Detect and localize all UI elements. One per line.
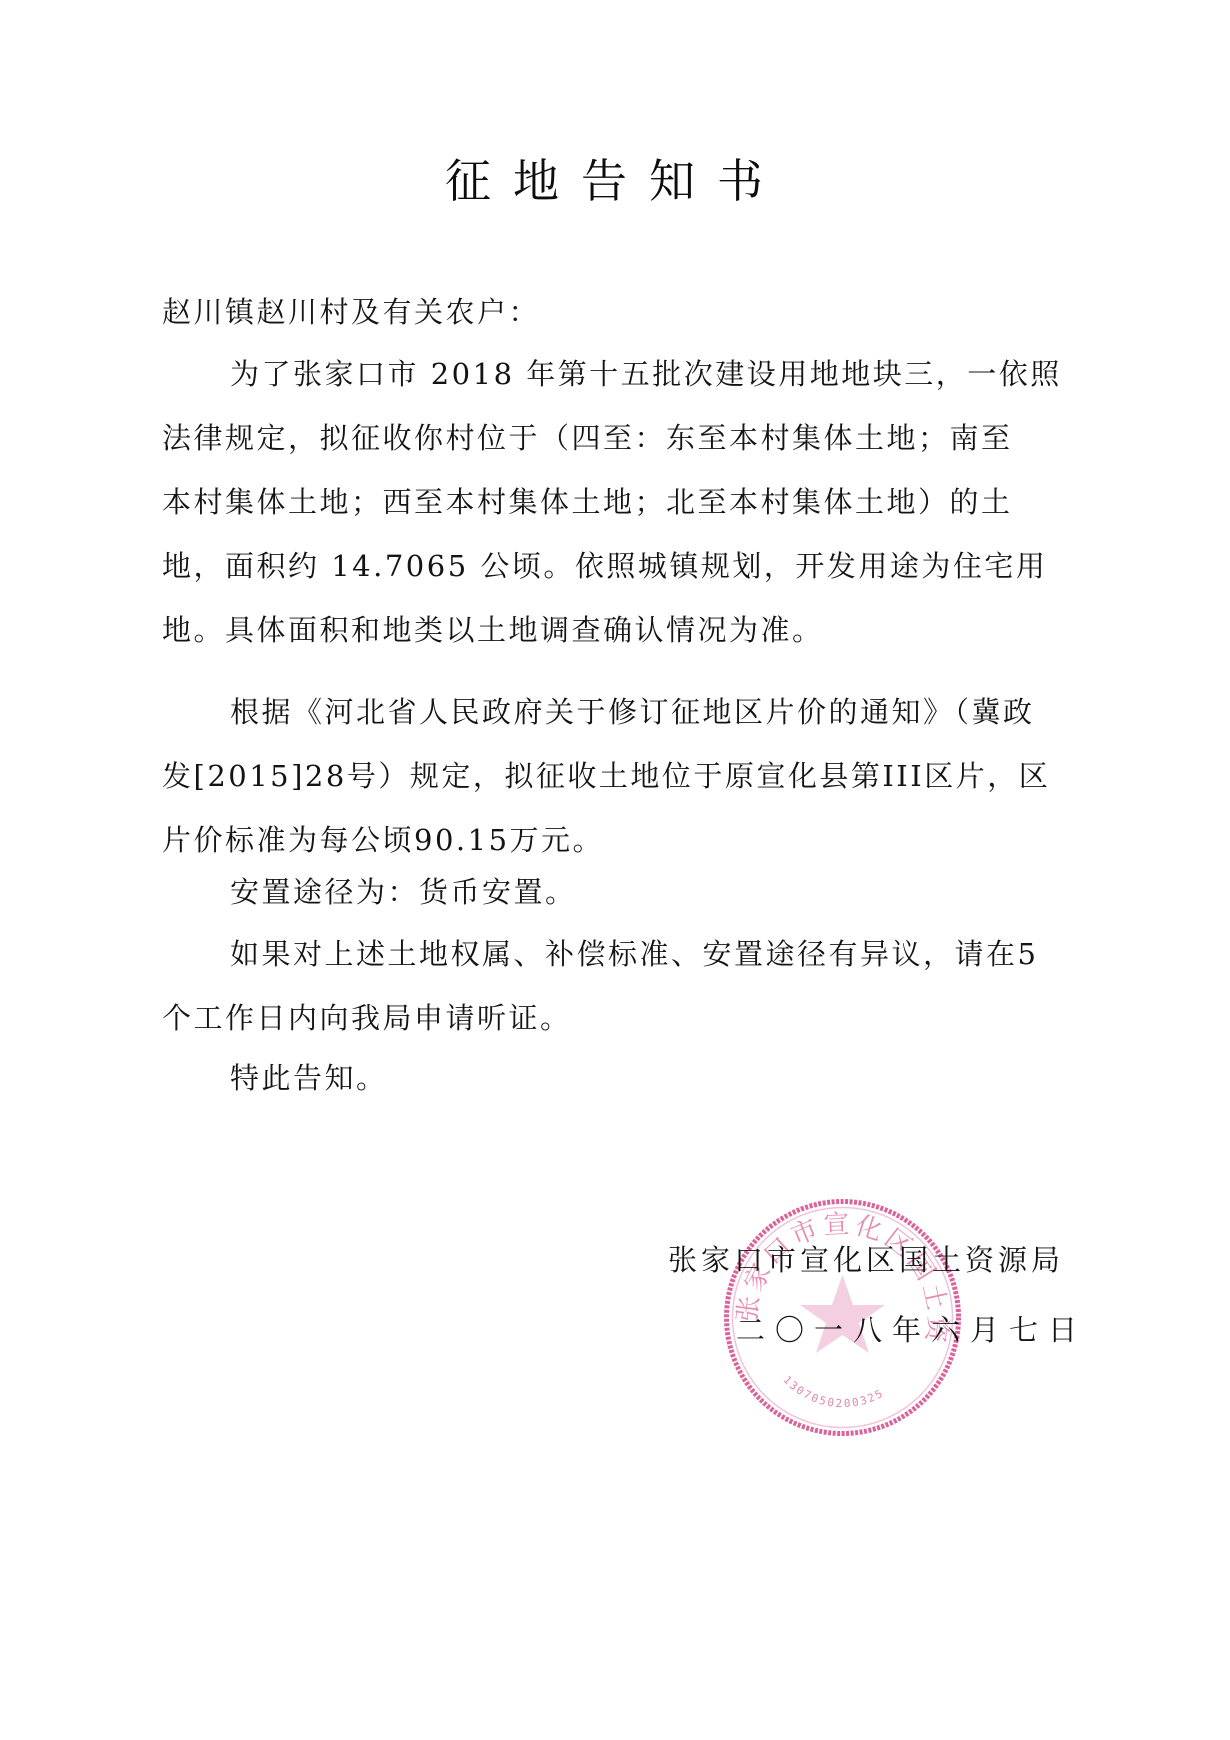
paragraph-line: 特此告知。 xyxy=(162,1046,1082,1110)
paragraph-line: 个工作日内向我局申请听证。 xyxy=(162,986,1082,1050)
paragraph-line: 法律规定，拟征收你村位于（四至：东至本村集体土地；南至 xyxy=(162,406,1082,470)
paragraph-hearing-notice: 如果对上述土地权属、补偿标准、安置途径有异议，请在5 个工作日内向我局申请听证。 xyxy=(162,922,1082,1050)
paragraph-line: 地。具体面积和地类以土地调查确认情况为准。 xyxy=(162,598,1082,662)
paragraph-line: 地，面积约 14.7065 公顷。依照城镇规划，开发用途为住宅用 xyxy=(162,534,1082,598)
paragraph-line: 安置途径为：货币安置。 xyxy=(162,860,1082,924)
paragraph-line: 本村集体土地；西至本村集体土地；北至本村集体土地）的土 xyxy=(162,470,1082,534)
paragraph-compensation-standard: 根据《河北省人民政府关于修订征地区片价的通知》（冀政 发[2015]28号）规定… xyxy=(162,680,1082,872)
svg-text:1307050200325: 1307050200325 xyxy=(781,1373,887,1410)
salutation: 赵川镇赵川村及有关农户： xyxy=(162,280,1082,344)
issue-date: 二〇一八年六月七日 xyxy=(736,1308,1087,1349)
paragraph-resettlement: 安置途径为：货币安置。 xyxy=(162,860,1082,924)
paragraph-line: 根据《河北省人民政府关于修订征地区片价的通知》（冀政 xyxy=(162,680,1082,744)
document-title: 征地告知书 xyxy=(0,145,1230,211)
paragraph-line: 如果对上述土地权属、补偿标准、安置途径有异议，请在5 xyxy=(162,922,1082,986)
paragraph-line: 为了张家口市 2018 年第十五批次建设用地地块三，一依照 xyxy=(162,342,1082,406)
paragraph-closing: 特此告知。 xyxy=(162,1046,1082,1110)
issuer-signature: 张家口市宣化区国土资源局 xyxy=(668,1238,1064,1279)
paragraph-land-description: 为了张家口市 2018 年第十五批次建设用地地块三，一依照 法律规定，拟征收你村… xyxy=(162,342,1082,662)
document-page: 征地告知书 赵川镇赵川村及有关农户： 为了张家口市 2018 年第十五批次建设用… xyxy=(0,0,1230,1740)
paragraph-line: 发[2015]28号）规定，拟征收土地位于原宣化县第III区片，区 xyxy=(162,744,1082,808)
